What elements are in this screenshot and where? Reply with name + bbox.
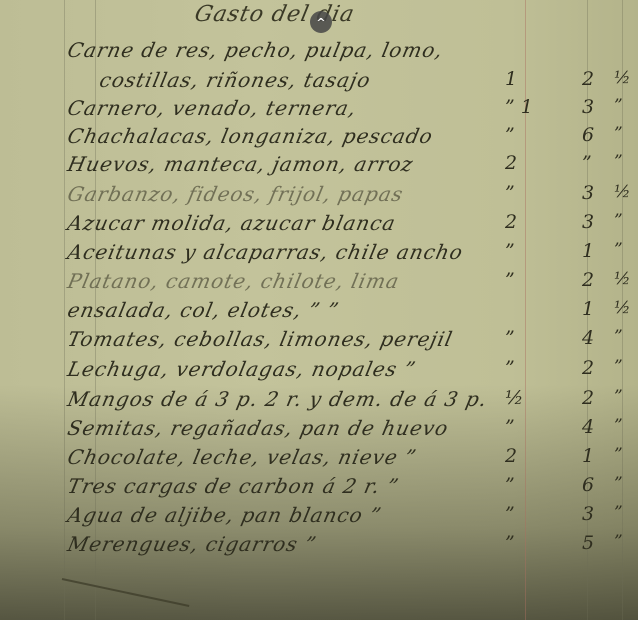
amount-c1: ” <box>505 357 515 379</box>
chevron-up-icon: ^ <box>316 16 325 29</box>
amount-c1: ½ <box>505 387 523 409</box>
expense-description: Agua de aljibe, pan blanco ” <box>65 503 384 527</box>
amount-c2: 3 <box>582 503 594 525</box>
expense-row: Huevos, manteca, jamon, arroz2”” <box>0 152 638 179</box>
amount-c3: ” <box>614 211 623 231</box>
amount-c3: ½ <box>614 182 630 202</box>
expense-row: costillas, riñones, tasajo12½ <box>0 68 638 95</box>
expense-row: Lechuga, verdolagas, nopales ””2” <box>0 357 638 384</box>
amount-c1: ” <box>505 182 515 204</box>
expense-row: Mangos de á 3 p. 2 r. y dem. de á 3 p.½2… <box>0 387 638 414</box>
amount-c1: ” <box>505 124 515 146</box>
amount-c2: 6 <box>582 124 594 146</box>
expense-description: Mangos de á 3 p. 2 r. y dem. de á 3 p. <box>65 387 489 411</box>
amount-c2: 3 <box>582 211 594 233</box>
expense-row: Aceitunas y alcaparras, chile ancho”1” <box>0 240 638 267</box>
amount-c2: 4 <box>582 327 594 349</box>
expense-description: Chocolate, leche, velas, nieve ” <box>65 445 419 469</box>
amount-c1: ” <box>505 327 515 349</box>
amount-c2: ” <box>582 152 592 174</box>
amount-c3: ” <box>614 152 623 172</box>
amount-c3: ” <box>614 124 623 144</box>
amount-c3: ” <box>614 474 623 494</box>
amount-c3: ½ <box>614 68 630 88</box>
expense-row: Carnero, venado, ternera,” 13” <box>0 96 638 123</box>
expense-description: Tomates, cebollas, limones, perejil <box>65 327 455 351</box>
amount-c1: 1 <box>505 68 517 90</box>
expense-row: Carne de res, pecho, pulpa, lomo, <box>0 38 638 65</box>
expense-row: Tres cargas de carbon á 2 r. ””6” <box>0 474 638 501</box>
expense-row: Garbanzo, fideos, frijol, papas”3½ <box>0 182 638 209</box>
amount-c2: 1 <box>582 445 594 467</box>
page-title: Gasto del dia <box>192 2 357 27</box>
closing-stroke <box>62 578 190 607</box>
amount-c3: ½ <box>614 298 630 318</box>
amount-c2: 3 <box>582 182 594 204</box>
expense-row: Chocolate, leche, velas, nieve ”21” <box>0 445 638 472</box>
amount-c3: ” <box>614 387 623 407</box>
amount-c1: ” <box>505 269 515 291</box>
amount-c1: 2 <box>505 152 517 174</box>
amount-c2: 5 <box>582 532 594 554</box>
expense-description: Garbanzo, fideos, frijol, papas <box>65 182 405 206</box>
amount-c1: ” 1 <box>505 96 533 118</box>
amount-c3: ” <box>614 445 623 465</box>
expense-description: Carne de res, pecho, pulpa, lomo, <box>65 38 445 62</box>
amount-c1: ” <box>505 240 515 262</box>
expense-row: Azucar molida, azucar blanca23” <box>0 211 638 238</box>
expense-description: costillas, riñones, tasajo <box>97 68 373 92</box>
amount-c3: ” <box>614 96 623 116</box>
amount-c2: 2 <box>582 387 594 409</box>
amount-c1: ” <box>505 532 515 554</box>
expense-row: Merengues, cigarros ””5” <box>0 532 638 559</box>
expense-description: Lechuga, verdolagas, nopales ” <box>65 357 418 381</box>
amount-c1: ” <box>505 503 515 525</box>
amount-c2: 1 <box>582 298 594 320</box>
amount-c1: 2 <box>505 445 517 467</box>
amount-c3: ” <box>614 532 623 552</box>
expense-description: Carnero, venado, ternera, <box>65 96 358 120</box>
amount-c2: 4 <box>582 416 594 438</box>
expense-description: ensalada, col, elotes, ” ” <box>65 298 341 322</box>
amount-c1: 2 <box>505 211 517 233</box>
amount-c2: 6 <box>582 474 594 496</box>
expense-row: Platano, camote, chilote, lima”2½ <box>0 269 638 296</box>
amount-c3: ” <box>614 240 623 260</box>
expense-row: Agua de aljibe, pan blanco ””3” <box>0 503 638 530</box>
amount-c1: ” <box>505 416 515 438</box>
ledger-page: Gasto del dia Carne de res, pecho, pulpa… <box>0 0 638 620</box>
expense-description: Chachalacas, longaniza, pescado <box>65 124 435 148</box>
amount-c2: 3 <box>582 96 594 118</box>
expense-description: Platano, camote, chilote, lima <box>65 269 401 293</box>
expense-row: Semitas, regañadas, pan de huevo”4” <box>0 416 638 443</box>
amount-c3: ” <box>614 357 623 377</box>
expense-row: ensalada, col, elotes, ” ”1½ <box>0 298 638 325</box>
expense-description: Aceitunas y alcaparras, chile ancho <box>65 240 465 264</box>
expense-description: Huevos, manteca, jamon, arroz <box>65 152 415 176</box>
amount-c3: ” <box>614 503 623 523</box>
amount-c3: ” <box>614 327 623 347</box>
amount-c2: 2 <box>582 357 594 379</box>
expense-row: Tomates, cebollas, limones, perejil”4” <box>0 327 638 354</box>
expense-row: Chachalacas, longaniza, pescado”6” <box>0 124 638 151</box>
expense-description: Azucar molida, azucar blanca <box>65 211 398 235</box>
amount-c1: ” <box>505 474 515 496</box>
amount-c2: 2 <box>582 269 594 291</box>
scroll-up-button[interactable]: ^ <box>310 11 332 33</box>
expense-description: Merengues, cigarros ” <box>65 532 319 556</box>
amount-c2: 2 <box>582 68 594 90</box>
amount-c3: ” <box>614 416 623 436</box>
amount-c3: ½ <box>614 269 630 289</box>
amount-c2: 1 <box>582 240 594 262</box>
expense-description: Tres cargas de carbon á 2 r. ” <box>65 474 401 498</box>
expense-description: Semitas, regañadas, pan de huevo <box>65 416 450 440</box>
